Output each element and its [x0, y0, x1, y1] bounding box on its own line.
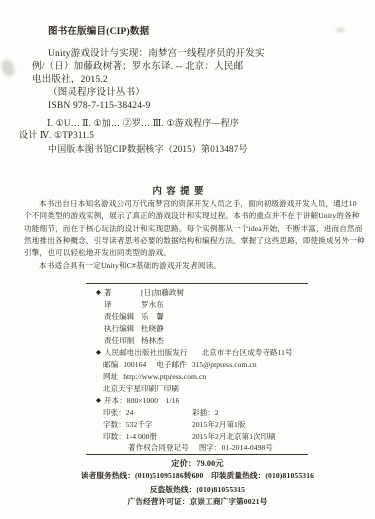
credit-value: 杜晓静: [141, 324, 164, 333]
cip-heading: 图书在版编目(CIP)数据: [48, 27, 149, 38]
spec-left: 字数：532千字: [103, 421, 153, 430]
summary-line: 个不同类型的游戏实例，展示了真正的游戏设计和实现过程。本书的重点并不在于讲解Un…: [24, 212, 360, 221]
summary-heading: 内 容 提 要: [0, 183, 357, 197]
website-row: 网址http://www.ptpress.com.cn: [103, 373, 206, 382]
diamond-bullet-icon: ◆: [96, 289, 104, 296]
credit-row: 责任编辑乐 馨: [96, 313, 164, 322]
spec-right: 2015年2月第1版: [192, 421, 246, 430]
publisher-name: 人民邮电出版社出版发行: [104, 348, 188, 357]
diamond-bullet-icon: ◆: [96, 349, 104, 356]
credit-label: 译: [104, 301, 141, 310]
printer-line: 北京天宇星印刷厂印刷: [103, 385, 179, 394]
email-label: 电子邮件: [156, 360, 186, 369]
diamond-bullet-icon: ◆: [96, 397, 104, 404]
hotline-line: 读者服务热线：(010)51095186转600 印装质量热线：(010)810…: [20, 470, 375, 481]
scan-smudge: [0, 58, 16, 77]
ad-license-line: 广告经营许可证：京崇工商广字第0021号: [20, 496, 375, 507]
website-value: http://www.ptpress.com.cn: [123, 372, 206, 381]
credit-label: 著: [104, 289, 141, 298]
cip-series-line: （图灵程序设计丛书）: [48, 88, 145, 99]
publisher-address: 北京市丰台区成寿寺路11号: [202, 348, 293, 357]
credit-label: 执行编辑: [104, 325, 141, 334]
cip-registry-line: 中国版本图书馆CIP数据核字（2015）第013487号: [48, 144, 248, 154]
postcode-email-row: 邮编100164电子邮件315@ptpress.com.cn: [103, 361, 257, 370]
divider-rule-bottom: [86, 454, 308, 455]
copyright-reg-row: 著作权合同登记号图字：01-2014-0498号: [128, 444, 273, 453]
credit-row: 责任印制杨林杰: [96, 337, 164, 346]
spec-left: 印数：1-4 000册: [103, 433, 157, 442]
credit-row: 执行编辑杜晓静: [96, 325, 164, 334]
cip-classification-line: Ⅰ. ①U… Ⅱ. ①加… ②罗… Ⅲ. ①游戏程序—程序: [47, 118, 239, 128]
format-value: 开本：800×1000 1/16: [104, 396, 179, 405]
book-copyright-page: 图书在版编目(CIP)数据 Unity游戏设计与实现：南梦宫一线程序员的开发实 …: [0, 0, 375, 519]
summary-line: 本书出自日本知名游戏公司万代南梦宫的资深开发人员之手，面向初级游戏开发人员，通过…: [39, 200, 357, 209]
credit-row: ◆著[日]加藤政树: [96, 289, 184, 298]
spec-right: 彩插：2: [192, 409, 219, 418]
publisher-row: ◆人民邮电出版社出版发行北京市丰台区成寿寺路11号: [96, 349, 293, 358]
scan-smudge: [336, 28, 345, 32]
email-value: 315@ptpress.com.cn: [192, 360, 257, 369]
summary-line: 引擎，也可以轻松地开发出同类型的游戏。: [24, 249, 171, 258]
cip-record-line: 电出版社，2015.2: [32, 75, 108, 86]
summary-line: 本书适合具有一定Unity和C#基础的游戏开发者阅读。: [39, 262, 221, 271]
cip-record-line: Unity游戏设计与实现：南梦宫一线程序员的开发实: [48, 49, 265, 60]
credit-label: 责任编辑: [104, 313, 141, 322]
credit-row: 译罗水东: [96, 301, 164, 310]
cip-record-line: 例/（日）加藤政树著；罗水东译. -- 北京：人民邮: [32, 62, 243, 73]
summary-line: 功能细节，而在于核心玩法的设计和实现思路。每个实例都从一个idea开始，不断丰富…: [24, 225, 362, 234]
anti-piracy-hotline: 反盗版热线：(010)81055315: [20, 484, 375, 495]
credit-label: 责任印制: [104, 337, 141, 346]
website-label: 网址: [103, 372, 118, 381]
credit-value: 乐 馨: [141, 312, 164, 321]
copyright-reg-label: 著作权合同登记号: [128, 443, 189, 452]
spec-left: 印张：24: [103, 409, 134, 418]
cip-classification-line: 设计 Ⅳ. ①TP311.5: [19, 130, 94, 140]
postcode-value: 100164: [123, 360, 146, 369]
price-line: 定价：79.00元: [20, 458, 375, 469]
summary-line: 然地推出各种概念，引导读者思考必要的数据结构和编程方法。掌握了这些思路，即使换成…: [24, 237, 365, 246]
credit-value: [日]加藤政树: [141, 288, 184, 297]
postcode-label: 邮编: [103, 360, 118, 369]
credit-value: 罗水东: [141, 300, 164, 309]
credit-value: 杨林杰: [141, 336, 164, 345]
spec-right: 2015年2月北京第1次印刷: [192, 433, 276, 442]
copyright-reg-value: 图字：01-2014-0498号: [199, 443, 273, 452]
divider-rule-top: [86, 283, 308, 284]
cip-isbn-line: ISBN 978-7-115-38424-9: [48, 101, 150, 112]
format-row: ◆开本：800×1000 1/16: [96, 397, 179, 406]
